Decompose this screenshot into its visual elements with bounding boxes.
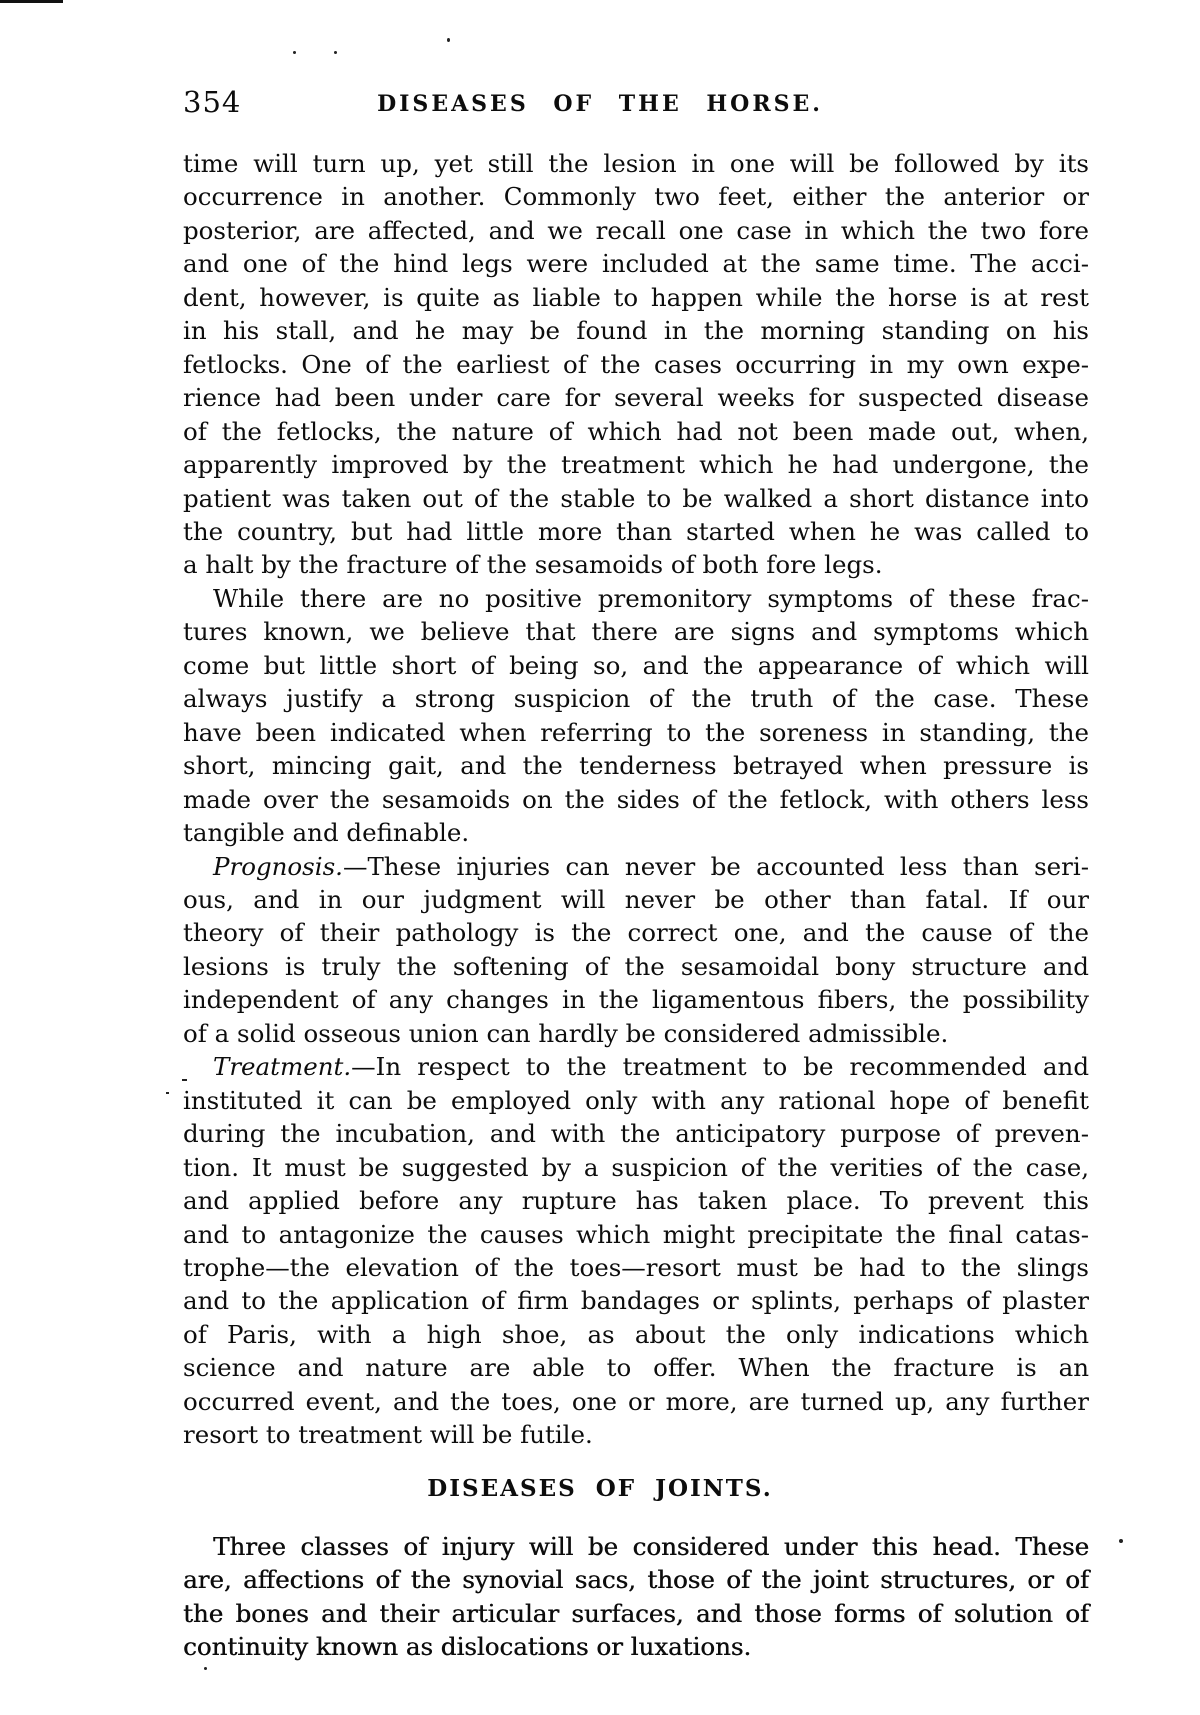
text-line: apparently improved by the treatment whi… (183, 448, 1089, 481)
text-line: ous, and in our judgment will never be o… (183, 883, 1089, 916)
text-line: tangible and definable. (183, 816, 1089, 849)
scan-speck (293, 51, 296, 54)
body-text-block-2: Three classes of injury will be consider… (183, 1530, 1089, 1664)
book-page: 354 DISEASES OF THE HORSE. time will tur… (0, 0, 1200, 1715)
text-line: a halt by the fracture of the sesamoids … (183, 548, 1089, 581)
text-line: the bones and their articular surfaces, … (183, 1597, 1089, 1630)
text-line: lesions is truly the softening of the se… (183, 950, 1089, 983)
text-line: science and nature are able to offer. Wh… (183, 1351, 1089, 1384)
text-line: patient was taken out of the stable to b… (183, 482, 1089, 515)
text-line: posterior, are affected, and we recall o… (183, 214, 1089, 247)
paragraph: While there are no positive premonitory … (183, 582, 1089, 850)
text-line: short, mincing gait, and the tenderness … (183, 749, 1089, 782)
text-line: occurred event, and the toes, one or mor… (183, 1385, 1089, 1418)
text-line: made over the sesamoids on the sides of … (183, 783, 1089, 816)
text-line: tion. It must be suggested by a suspicio… (183, 1151, 1089, 1184)
text-line: time will turn up, yet still the lesion … (183, 147, 1089, 180)
running-title: DISEASES OF THE HORSE. (0, 90, 1200, 118)
scan-speck (204, 1667, 207, 1670)
text-line: tures known, we believe that there are s… (183, 615, 1089, 648)
text-line: in his stall, and he may be found in the… (183, 314, 1089, 347)
text-line: Prognosis.—These injuries can never be a… (183, 850, 1089, 883)
text-line: during the incubation, and with the anti… (183, 1117, 1089, 1150)
text-line: continuity known as dislocations or luxa… (183, 1630, 1089, 1663)
text-line: always justify a strong suspicion of the… (183, 682, 1089, 715)
paragraph: time will turn up, yet still the lesion … (183, 147, 1089, 582)
scan-speck (334, 51, 337, 54)
text-line: dent, however, is quite as liable to hap… (183, 281, 1089, 314)
text-line: occurrence in another. Commonly two feet… (183, 180, 1089, 213)
text-line: come but little short of being so, and t… (183, 649, 1089, 682)
paragraph: Three classes of injury will be consider… (183, 1530, 1089, 1664)
scan-speck (1119, 1539, 1123, 1543)
text-line: rience had been under care for several w… (183, 381, 1089, 414)
body-text-block-1: time will turn up, yet still the lesion … (183, 147, 1089, 1452)
text-line: Treatment.—In respect to the treatment t… (183, 1050, 1089, 1083)
text-line: have been indicated when referring to th… (183, 716, 1089, 749)
text-line: of the fetlocks, the nature of which had… (183, 415, 1089, 448)
text-line: fetlocks. One of the earliest of the cas… (183, 348, 1089, 381)
scan-speck (182, 1079, 187, 1081)
text-line: and to antagonize the causes which might… (183, 1218, 1089, 1251)
paragraph: Treatment.—In respect to the treatment t… (183, 1050, 1089, 1451)
text-line: the country, but had little more than st… (183, 515, 1089, 548)
text-line: resort to treatment will be futile. (183, 1418, 1089, 1451)
text-line: While there are no positive premonitory … (183, 582, 1089, 615)
text-line: and applied before any rupture has taken… (183, 1184, 1089, 1217)
scan-artifact-line (0, 0, 63, 3)
text-line: Three classes of injury will be consider… (183, 1530, 1089, 1563)
scan-speck (166, 1092, 169, 1094)
text-line: are, affections of the synovial sacs, th… (183, 1563, 1089, 1596)
text-line: trophe—the elevation of the toes—resort … (183, 1251, 1089, 1284)
text-line: instituted it can be employed only with … (183, 1084, 1089, 1117)
text-line: of Paris, with a high shoe, as about the… (183, 1318, 1089, 1351)
text-line: and to the application of firm bandages … (183, 1284, 1089, 1317)
section-heading: DISEASES OF JOINTS. (0, 1474, 1200, 1504)
paragraph: Prognosis.—These injuries can never be a… (183, 850, 1089, 1051)
text-line: of a solid osseous union can hardly be c… (183, 1017, 1089, 1050)
text-line: theory of their pathology is the correct… (183, 916, 1089, 949)
text-line: and one of the hind legs were included a… (183, 247, 1089, 280)
text-line: independent of any changes in the ligame… (183, 983, 1089, 1016)
scan-speck (447, 38, 450, 42)
